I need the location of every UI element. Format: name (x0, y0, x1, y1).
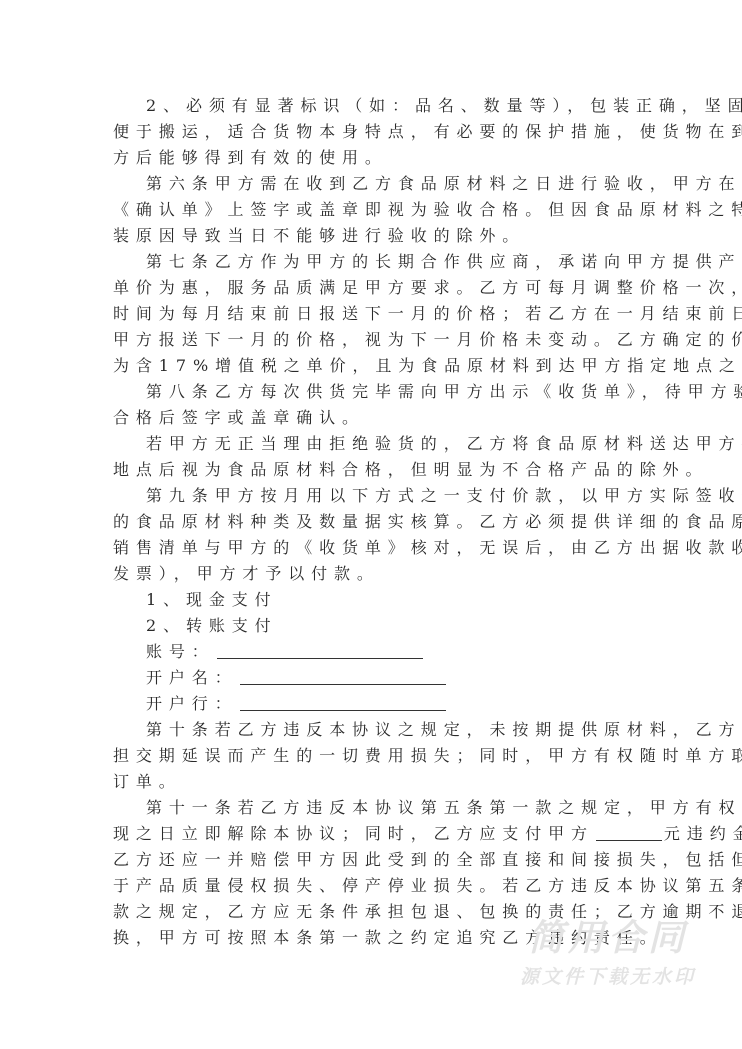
text-line: 发票），甲方才予以付款。 (113, 561, 629, 587)
article-11: 第十一条若乙方违反本协议第五条第一款之规定，甲方有权自发 (113, 795, 629, 821)
bank-name-blank (240, 692, 446, 711)
text-line: 便于搬运，适合货物本身特点，有必要的保护措施，使货物在到达甲 (113, 119, 629, 145)
text-line: 地点后视为食品原材料合格，但明显为不合格产品的除外。 (113, 457, 629, 483)
account-name-label: 开户名： (146, 668, 238, 687)
text-line: 装原因导致当日不能够进行验收的除外。 (113, 223, 629, 249)
account-number-blank (217, 640, 423, 659)
text-line: 的食品原材料种类及数量据实核算。乙方必须提供详细的食品原材料 (113, 509, 629, 535)
text-line: 时间为每月结束前日报送下一月的价格；若乙方在一月结束前日未向 (113, 301, 629, 327)
account-name-row: 开户名： (113, 665, 629, 691)
account-number-label: 账号： (146, 642, 215, 661)
watermark: 简用合同 源文件下载无水印 (508, 918, 708, 994)
text-line: 担交期延误而产生的一切费用损失；同时，甲方有权随时单方取消此 (113, 743, 629, 769)
text-line: 合格后签字或盖章确认。 (113, 405, 629, 431)
text-line: 单价为惠，服务品质满足甲方要求。乙方可每月调整价格一次，报价 (113, 275, 629, 301)
article-10: 第十条若乙方违反本协议之规定，未按期提供原材料，乙方应承 (113, 717, 629, 743)
text-line: 乙方还应一并赔偿甲方因此受到的全部直接和间接损失，包括但不限 (113, 847, 629, 873)
text-line: 2、必须有显著标识（如：品名、数量等），包装正确，坚固， (113, 93, 629, 119)
penalty-text-after: 元违约金， (664, 824, 742, 843)
article-6: 第六条甲方需在收到乙方食品原材料之日进行验收，甲方在乙方 (113, 171, 629, 197)
text-line: 若甲方无正当理由拒绝验货的，乙方将食品原材料送达甲方指定 (113, 431, 629, 457)
text-line: 方后能够得到有效的使用。 (113, 145, 629, 171)
payment-option-cash: 1、现金支付 (113, 587, 629, 613)
watermark-title: 简用合同 (508, 918, 708, 960)
penalty-text-before: 现之日立即解除本协议；同时，乙方应支付甲方 (113, 824, 594, 843)
article-7: 第七条乙方作为甲方的长期合作供应商，承诺向甲方提供产品之 (113, 249, 629, 275)
bank-name-label: 开户行： (146, 694, 238, 713)
penalty-line: 现之日立即解除本协议；同时，乙方应支付甲方元违约金， (113, 821, 629, 847)
text-line: 订单。 (113, 769, 629, 795)
text-line: 甲方报送下一月的价格，视为下一月价格未变动。乙方确定的价格应 (113, 327, 629, 353)
account-name-blank (240, 666, 446, 685)
text-line: 销售清单与甲方的《收货单》核对，无误后，由乙方出据收款收据（或 (113, 535, 629, 561)
payment-option-transfer: 2、转账支付 (113, 613, 629, 639)
account-number-row: 账号： (113, 639, 629, 665)
contract-page: 2、必须有显著标识（如：品名、数量等），包装正确，坚固， 便于搬运，适合货物本身… (113, 93, 629, 951)
article-8: 第八条乙方每次供货完毕需向甲方出示《收货单》，待甲方验货 (113, 379, 629, 405)
article-9: 第九条甲方按月用以下方式之一支付价款，以甲方实际签收合格 (113, 483, 629, 509)
bank-name-row: 开户行： (113, 691, 629, 717)
text-line: 于产品质量侵权损失、停产停业损失。若乙方违反本协议第五条第二 (113, 873, 629, 899)
text-line: 《确认单》上签字或盖章即视为验收合格。但因食品原材料之特殊包 (113, 197, 629, 223)
watermark-subtitle: 源文件下载无水印 (508, 960, 708, 994)
text-line: 为含17%增值税之单价，且为食品原材料到达甲方指定地点之单价。 (113, 353, 629, 379)
penalty-amount-blank (596, 822, 662, 841)
